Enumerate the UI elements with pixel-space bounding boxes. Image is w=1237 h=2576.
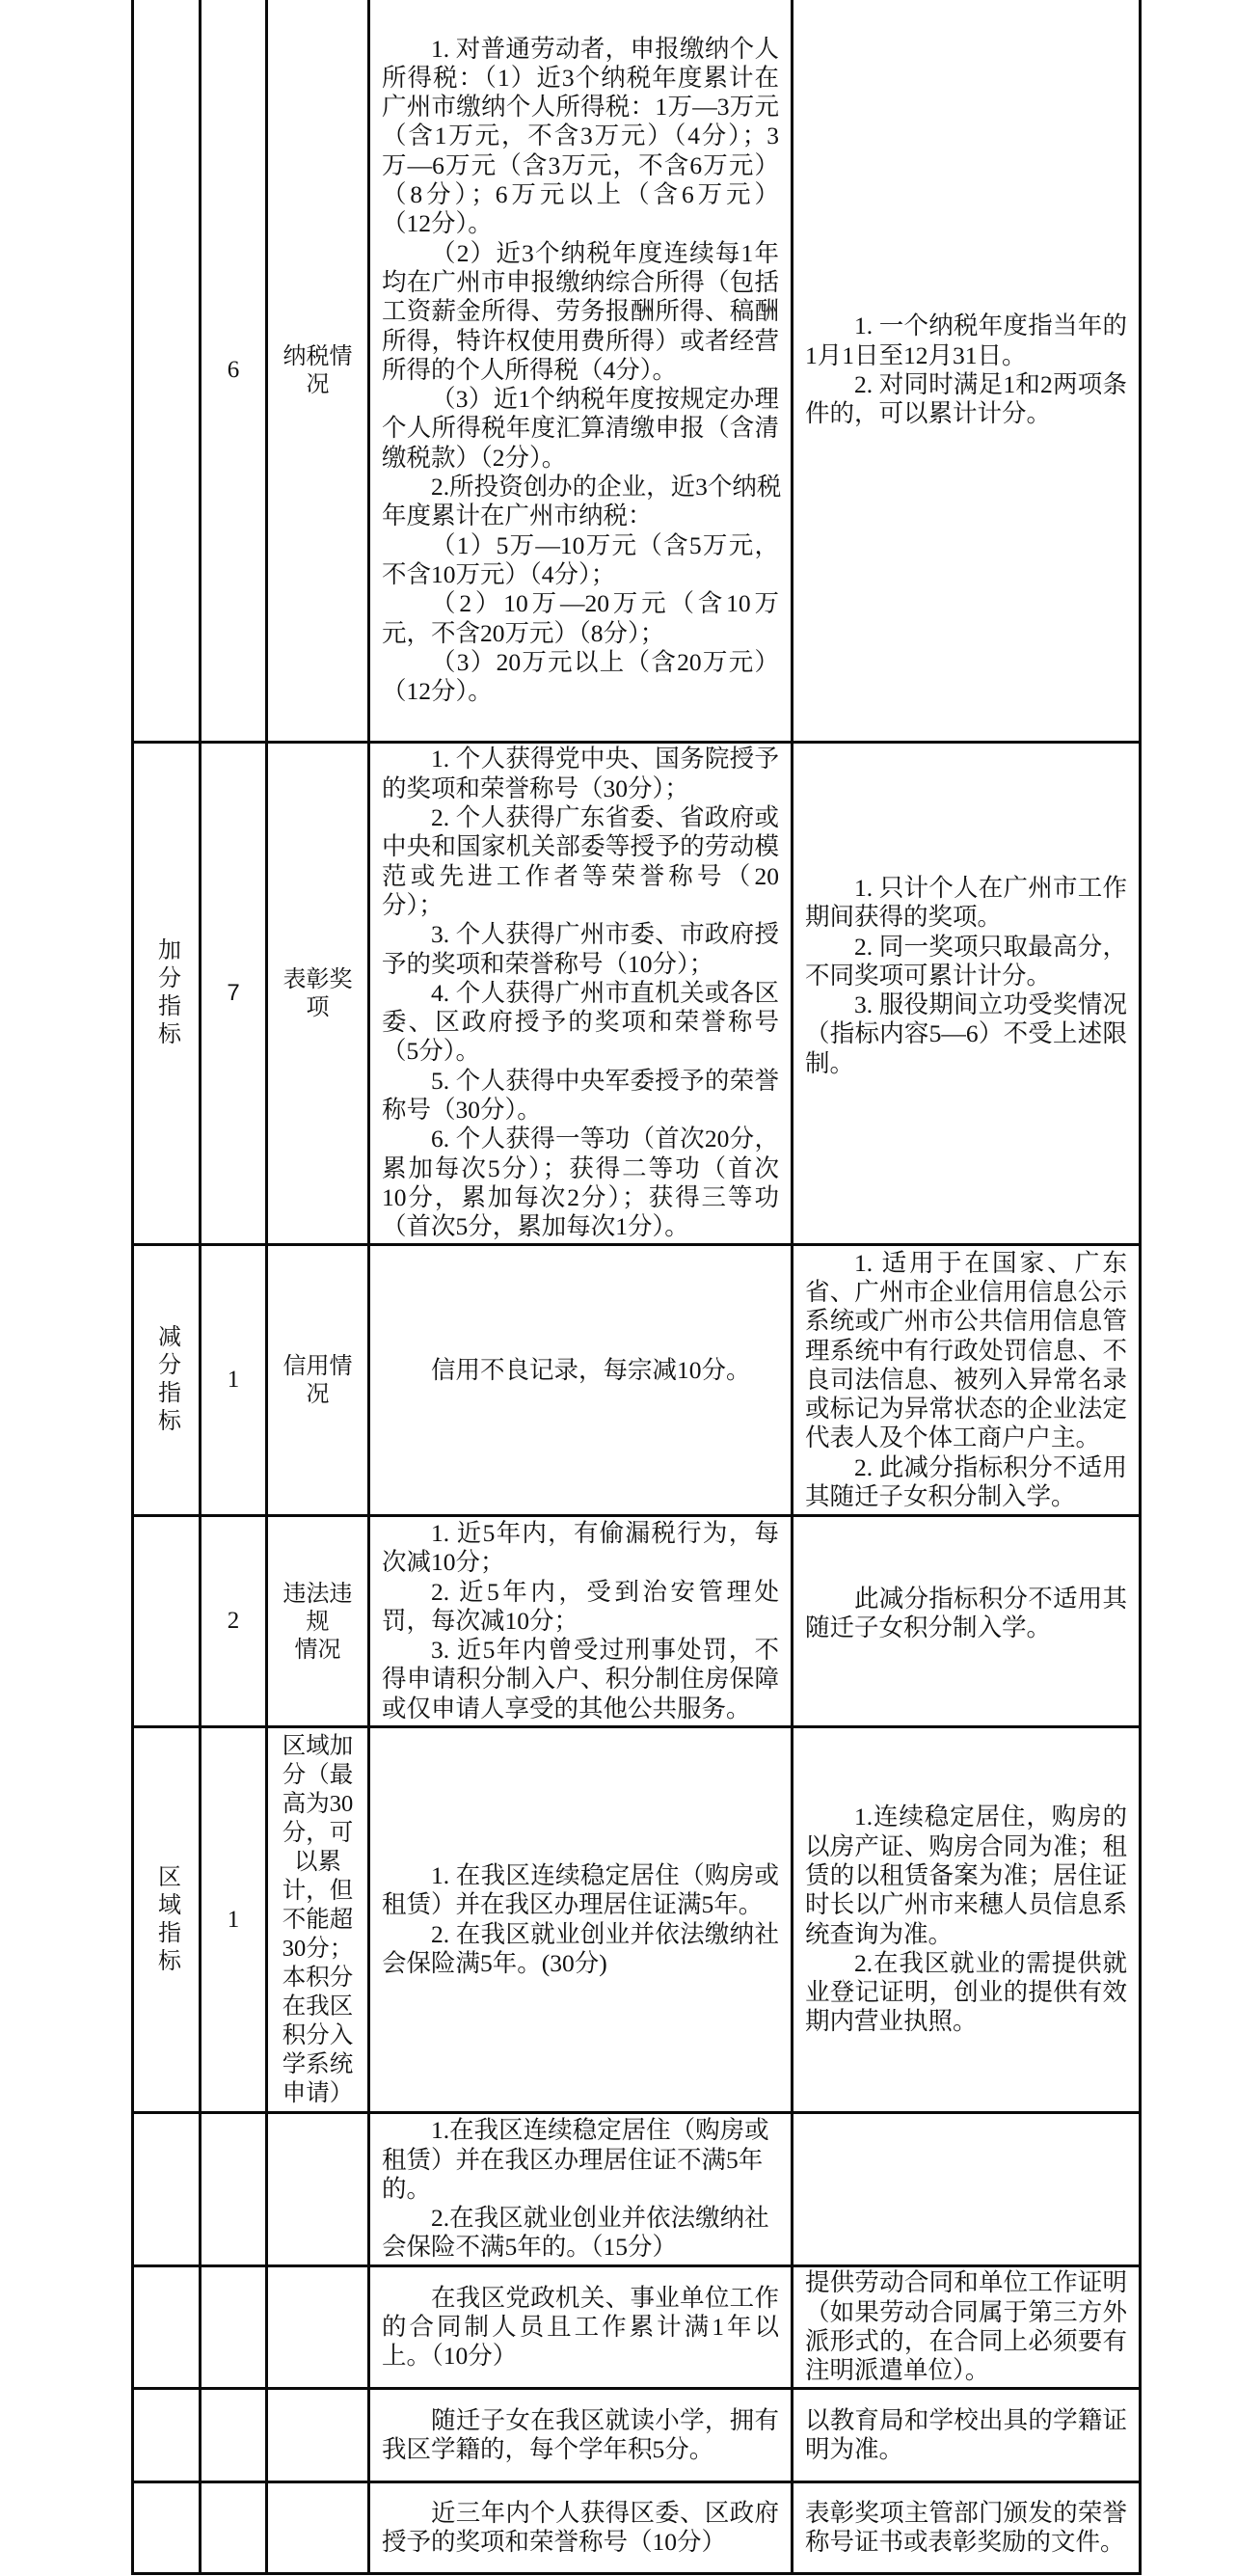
criteria-line: （含1万元，不含3万元）（4分）；3 (382, 122, 779, 150)
criteria-line: 分）； (382, 891, 779, 920)
criteria-line: 或仅申请人享受的其他公共服务。 (382, 1695, 779, 1723)
notes-line: 提供劳动合同和单位工作证明 (805, 2268, 1127, 2297)
criteria-line: （3）近1个纳税年度按规定办理 (382, 385, 779, 414)
category-label: 减分指标 (155, 1324, 178, 1436)
notes-cell: 此减分指标积分不适用其 随迁子女积分制入学。 (793, 1517, 1139, 1725)
item-label-line: 在我区 (282, 1993, 354, 2021)
criteria-line: （1）5万—10万元（含5万元， (382, 531, 779, 560)
criteria-line: 工资薪金所得、劳务报酬所得、稿酬 (382, 297, 779, 326)
category-cell (134, 2114, 199, 2264)
criteria-line: 的。 (382, 2175, 779, 2204)
criteria-line: 授予的奖项和荣誉称号（10分） (382, 2528, 779, 2557)
criteria-line: 1.在我区连续稳定居住（购房或 (382, 2116, 779, 2145)
item-label-line: 纳税情 (283, 342, 353, 370)
criteria-line: 予的奖项和荣誉称号（10分）； (382, 950, 779, 979)
category-cell: 区域指标 (134, 1728, 199, 2111)
item-label-line: 申请） (282, 2079, 354, 2108)
category-label: 加分指标 (155, 937, 178, 1049)
criteria-line: 元，不含20万元）（8分）； (382, 619, 779, 648)
notes-line: 明为准。 (805, 2435, 1127, 2464)
criteria-cell: 信用不良记录，每宗减10分。 (370, 1246, 791, 1514)
item-label-line: 况 (307, 370, 330, 398)
criteria-cell: 近三年内个人获得区委、区政府 授予的奖项和荣誉称号（10分） (370, 2483, 791, 2572)
item-label-line: 规 (307, 1608, 330, 1636)
criteria-line: 委、区政府授予的奖项和荣誉称号 (382, 1008, 779, 1037)
item-label-line: 高为30 (282, 1790, 354, 1819)
item-label-line: 分（最 (282, 1761, 354, 1790)
notes-line: 2. 同一奖项只取最高分， (805, 933, 1127, 962)
index-cell: 1 (202, 1728, 265, 2111)
notes-line: 3. 服役期间立功受奖情况 (805, 990, 1127, 1019)
notes-line: 以房产证、购房合同为准；租 (805, 1832, 1127, 1861)
category-cell (134, 2483, 199, 2572)
index-cell: 6 (202, 0, 265, 741)
criteria-line: 的合同制人员且工作累计满1年以 (382, 2313, 779, 2342)
notes-cell: 1. 适用于在国家、广东 省、广州市企业信用信息公示 系统或广州市公共信用信息管… (793, 1246, 1139, 1514)
criteria-line: 罚，每次减10分； (382, 1607, 779, 1636)
category-cell (134, 0, 199, 741)
index-cell (202, 2267, 265, 2387)
notes-cell: 以教育局和学校出具的学籍证 明为准。 (793, 2390, 1139, 2481)
notes-line: 1. 只计个人在广州市工作 (805, 874, 1127, 903)
criteria-line: 2.所投资创办的企业，近3个纳税 (382, 473, 779, 502)
item-label-line: 学系统 (282, 2050, 354, 2079)
criteria-line: 信用不良记录，每宗减10分。 (382, 1356, 779, 1385)
notes-line: （如果劳动合同属于第三方外 (805, 2298, 1127, 2327)
item-cell (268, 2267, 367, 2387)
item-label-line: 30分； (282, 1935, 354, 1964)
criteria-cell: 1.在我区连续稳定居住（购房或 租赁）并在我区办理居住证不满5年 的。 2.在我… (370, 2114, 791, 2264)
item-cell (268, 2390, 367, 2481)
criteria-line: （5分）。 (382, 1037, 779, 1066)
index-cell: 7 (202, 744, 265, 1243)
criteria-cell: 1. 个人获得党中央、国务院授予 的奖项和荣誉称号（30分）； 2. 个人获得广… (370, 744, 791, 1243)
criteria-line: 1. 在我区连续稳定居住（购房或 (382, 1861, 779, 1890)
item-cell: 纳税情 况 (268, 0, 367, 741)
criteria-line: 缴税款）（2分）。 (382, 444, 779, 473)
criteria-line: 会保险不满5年的。（15分） (382, 2233, 779, 2262)
criteria-line: 的奖项和荣誉称号（30分）； (382, 774, 779, 803)
criteria-cell: 1. 近5年内，有偷漏税行为，每 次减10分； 2. 近5年内，受到治安管理处 … (370, 1517, 791, 1725)
criteria-line: 中央和国家机关部委等授予的劳动模 (382, 832, 779, 861)
index-cell: 1 (202, 1246, 265, 1514)
criteria-line: 在我区党政机关、事业单位工作 (382, 2284, 779, 2313)
notes-line: 1. 适用于在国家、广东 (805, 1249, 1127, 1278)
notes-line: 2. 此减分指标积分不适用 (805, 1453, 1127, 1482)
criteria-line: 得申请积分制入户、积分制住房保障 (382, 1665, 779, 1694)
criteria-line: 所得的个人所得税（4分）。 (382, 356, 779, 385)
index-number: 2 (228, 1608, 240, 1635)
criteria-line: 2. 在我区就业创业并依法缴纳社 (382, 1920, 779, 1949)
scoring-table: 6 纳税情 况 1. 对普通劳动者，申报缴纳个人 所得税：（1）近3个纳税年度累… (131, 0, 1142, 2575)
notes-line: 称号证书或表彰奖励的文件。 (805, 2528, 1127, 2557)
notes-line: 2. 对同时满足1和2两项条 (805, 370, 1127, 399)
criteria-line: 次减10分； (382, 1548, 779, 1577)
notes-line: 1.连续稳定居住，购房的 (805, 1803, 1127, 1831)
criteria-line: 随迁子女在我区就读小学，拥有 (382, 2406, 779, 2435)
criteria-line: 个人所得税年度汇算清缴申报（含清 (382, 414, 779, 443)
criteria-line: 1. 对普通劳动者，申报缴纳个人 (382, 35, 779, 64)
notes-cell: 1. 只计个人在广州市工作 期间获得的奖项。 2. 同一奖项只取最高分， 不同奖… (793, 744, 1139, 1243)
criteria-line: 广州市缴纳个人所得税：1万—3万元 (382, 93, 779, 122)
index-number: 6 (228, 357, 240, 384)
notes-line: 时长以广州市来穗人员信息系 (805, 1890, 1127, 1919)
notes-cell: 1.连续稳定居住，购房的 以房产证、购房合同为准；租 赁的以租赁备案为准；居住证… (793, 1728, 1139, 2111)
item-label-line: 不能超 (282, 1906, 354, 1935)
index-cell (202, 2483, 265, 2572)
notes-line: 期间获得的奖项。 (805, 903, 1127, 932)
category-cell (134, 2267, 199, 2387)
notes-cell: 表彰奖项主管部门颁发的荣誉 称号证书或表彰奖励的文件。 (793, 2483, 1139, 2572)
criteria-line: 10分，累加每次2分）；获得三等功 (382, 1183, 779, 1212)
index-number: 1 (228, 1907, 240, 1934)
criteria-line: 会保险满5年。(30分) (382, 1949, 779, 1978)
notes-line: 代表人及个体工商户户主。 (805, 1424, 1127, 1452)
criteria-line: 1. 近5年内，有偷漏税行为，每 (382, 1519, 779, 1548)
criteria-line: （2）近3个纳税年度连续每1年 (382, 239, 779, 268)
item-label-line: 违法违 (283, 1580, 353, 1608)
notes-line: 业登记证明，创业的提供有效 (805, 1978, 1127, 2007)
notes-cell: 1. 一个纳税年度指当年的 1月1日至12月31日。 2. 对同时满足1和2两项… (793, 0, 1139, 741)
index-cell (202, 2390, 265, 2481)
notes-cell (793, 2114, 1139, 2264)
index-number: 7 (227, 980, 239, 1007)
notes-line: 期内营业执照。 (805, 2007, 1127, 2036)
notes-line: 不同奖项可累计计分。 (805, 962, 1127, 990)
item-label-line: 表彰奖 (283, 965, 353, 993)
notes-line: 注明派遣单位）。 (805, 2356, 1127, 2385)
criteria-line: 租赁）并在我区办理居住证满5年。 (382, 1890, 779, 1919)
criteria-line: 2. 近5年内，受到治安管理处 (382, 1578, 779, 1607)
criteria-line: 3. 个人获得广州市委、市政府授 (382, 920, 779, 949)
criteria-line: 5. 个人获得中央军委授予的荣誉 (382, 1067, 779, 1096)
criteria-line: （首次5分，累加每次1分）。 (382, 1212, 779, 1241)
criteria-line: （2）10万—20万元（含10万 (382, 589, 779, 618)
item-label-line: 况 (307, 1380, 330, 1408)
item-cell: 区域加 分（最 高为30 分，可 以累 计，但 不能超 30分； 本积分 在我区… (268, 1728, 367, 2111)
criteria-line: 年度累计在广州市纳税： (382, 502, 779, 530)
category-label: 区域指标 (155, 1864, 178, 1976)
notes-line: 件的，可以累计计分。 (805, 399, 1127, 428)
criteria-line: 3. 近5年内曾受过刑事处罚，不 (382, 1636, 779, 1665)
criteria-line: 累加每次5分）；获得二等功（首次 (382, 1154, 779, 1183)
notes-line: 良司法信息、被列入异常名录 (805, 1366, 1127, 1395)
notes-line: 其随迁子女积分制入学。 (805, 1482, 1127, 1511)
criteria-line: （3）20万元以上（含20万元） (382, 648, 779, 677)
item-cell: 表彰奖 项 (268, 744, 367, 1243)
item-cell (268, 2483, 367, 2572)
criteria-line: 所得，特许权使用费所得）或者经营 (382, 327, 779, 356)
notes-line: 以教育局和学校出具的学籍证 (805, 2406, 1127, 2435)
notes-line: 派形式的，在合同上必须要有 (805, 2327, 1127, 2356)
criteria-line: 近三年内个人获得区委、区政府 (382, 2499, 779, 2528)
criteria-line: 范或先进工作者等荣誉称号（20 (382, 862, 779, 891)
notes-line: 1月1日至12月31日。 (805, 341, 1127, 370)
index-cell (202, 2114, 265, 2264)
notes-line: 制。 (805, 1049, 1127, 1078)
criteria-line: 称号（30分）。 (382, 1096, 779, 1125)
criteria-line: 1. 个人获得党中央、国务院授予 (382, 745, 779, 773)
criteria-line: 租赁）并在我区办理居住证不满5年 (382, 2146, 779, 2175)
item-label-line: 积分入 (282, 2021, 354, 2050)
criteria-cell: 随迁子女在我区就读小学，拥有 我区学籍的，每个学年积5分。 (370, 2390, 791, 2481)
item-label-line: 项 (307, 993, 330, 1021)
notes-line: 表彰奖项主管部门颁发的荣誉 (805, 2499, 1127, 2528)
item-label-line: 情况 (295, 1636, 341, 1664)
notes-line: 1. 一个纳税年度指当年的 (805, 312, 1127, 340)
notes-line: 此减分指标积分不适用其 (805, 1585, 1127, 1613)
item-label-line: 以累 (294, 1848, 341, 1877)
notes-line: 理系统中有行政处罚信息、不 (805, 1337, 1127, 1366)
item-label-line: 区域加 (282, 1732, 354, 1761)
criteria-line: 我区学籍的，每个学年积5分。 (382, 2435, 779, 2464)
criteria-line: 2. 个人获得广东省委、省政府或 (382, 803, 779, 832)
criteria-line: 均在广州市申报缴纳综合所得（包括 (382, 268, 779, 297)
item-cell: 信用情 况 (268, 1246, 367, 1514)
notes-line: 2.在我区就业的需提供就 (805, 1949, 1127, 1978)
notes-line: 或标记为异常状态的企业法定 (805, 1395, 1127, 1424)
item-cell (268, 2114, 367, 2264)
criteria-line: 4. 个人获得广州市直机关或各区 (382, 979, 779, 1008)
notes-line: （指标内容5—6）不受上述限 (805, 1019, 1127, 1048)
notes-line: 统查询为准。 (805, 1920, 1127, 1949)
item-label-line: 分，可 (282, 1819, 354, 1848)
criteria-line: 上。（10分） (382, 2342, 779, 2371)
criteria-cell: 1. 在我区连续稳定居住（购房或 租赁）并在我区办理居住证满5年。 2. 在我区… (370, 1728, 791, 2111)
category-cell: 加分指标 (134, 744, 199, 1243)
criteria-line: 所得税：（1）近3个纳税年度累计在 (382, 64, 779, 93)
criteria-line: 6. 个人获得一等功（首次20分， (382, 1125, 779, 1153)
criteria-cell: 在我区党政机关、事业单位工作 的合同制人员且工作累计满1年以 上。（10分） (370, 2267, 791, 2387)
category-cell (134, 2390, 199, 2481)
criteria-line: 2.在我区就业创业并依法缴纳社 (382, 2204, 779, 2233)
notes-cell: 提供劳动合同和单位工作证明 （如果劳动合同属于第三方外 派形式的，在合同上必须要… (793, 2267, 1139, 2387)
criteria-line: 万—6万元（含3万元，不含6万元） (382, 151, 779, 180)
criteria-line: 不含10万元）（4分）； (382, 560, 779, 589)
item-cell: 违法违 规 情况 (268, 1517, 367, 1725)
criteria-line: （12分）。 (382, 209, 779, 238)
category-cell: 减分指标 (134, 1246, 199, 1514)
criteria-line: （8分）；6万元以上（含6万元） (382, 180, 779, 209)
index-cell: 2 (202, 1517, 265, 1725)
criteria-cell: 1. 对普通劳动者，申报缴纳个人 所得税：（1）近3个纳税年度累计在 广州市缴纳… (370, 0, 791, 741)
index-number: 1 (228, 1367, 240, 1394)
criteria-line: （12分）。 (382, 677, 779, 706)
notes-line: 赁的以租赁备案为准；居住证 (805, 1861, 1127, 1890)
notes-line: 省、广州市企业信用信息公示 (805, 1278, 1127, 1307)
item-label-line: 计，但 (282, 1877, 354, 1906)
notes-line: 系统或广州市公共信用信息管 (805, 1307, 1127, 1336)
item-label-line: 本积分 (282, 1964, 354, 1993)
category-cell (134, 1517, 199, 1725)
notes-line: 随迁子女积分制入学。 (805, 1613, 1127, 1642)
item-label-line: 信用情 (283, 1352, 353, 1380)
